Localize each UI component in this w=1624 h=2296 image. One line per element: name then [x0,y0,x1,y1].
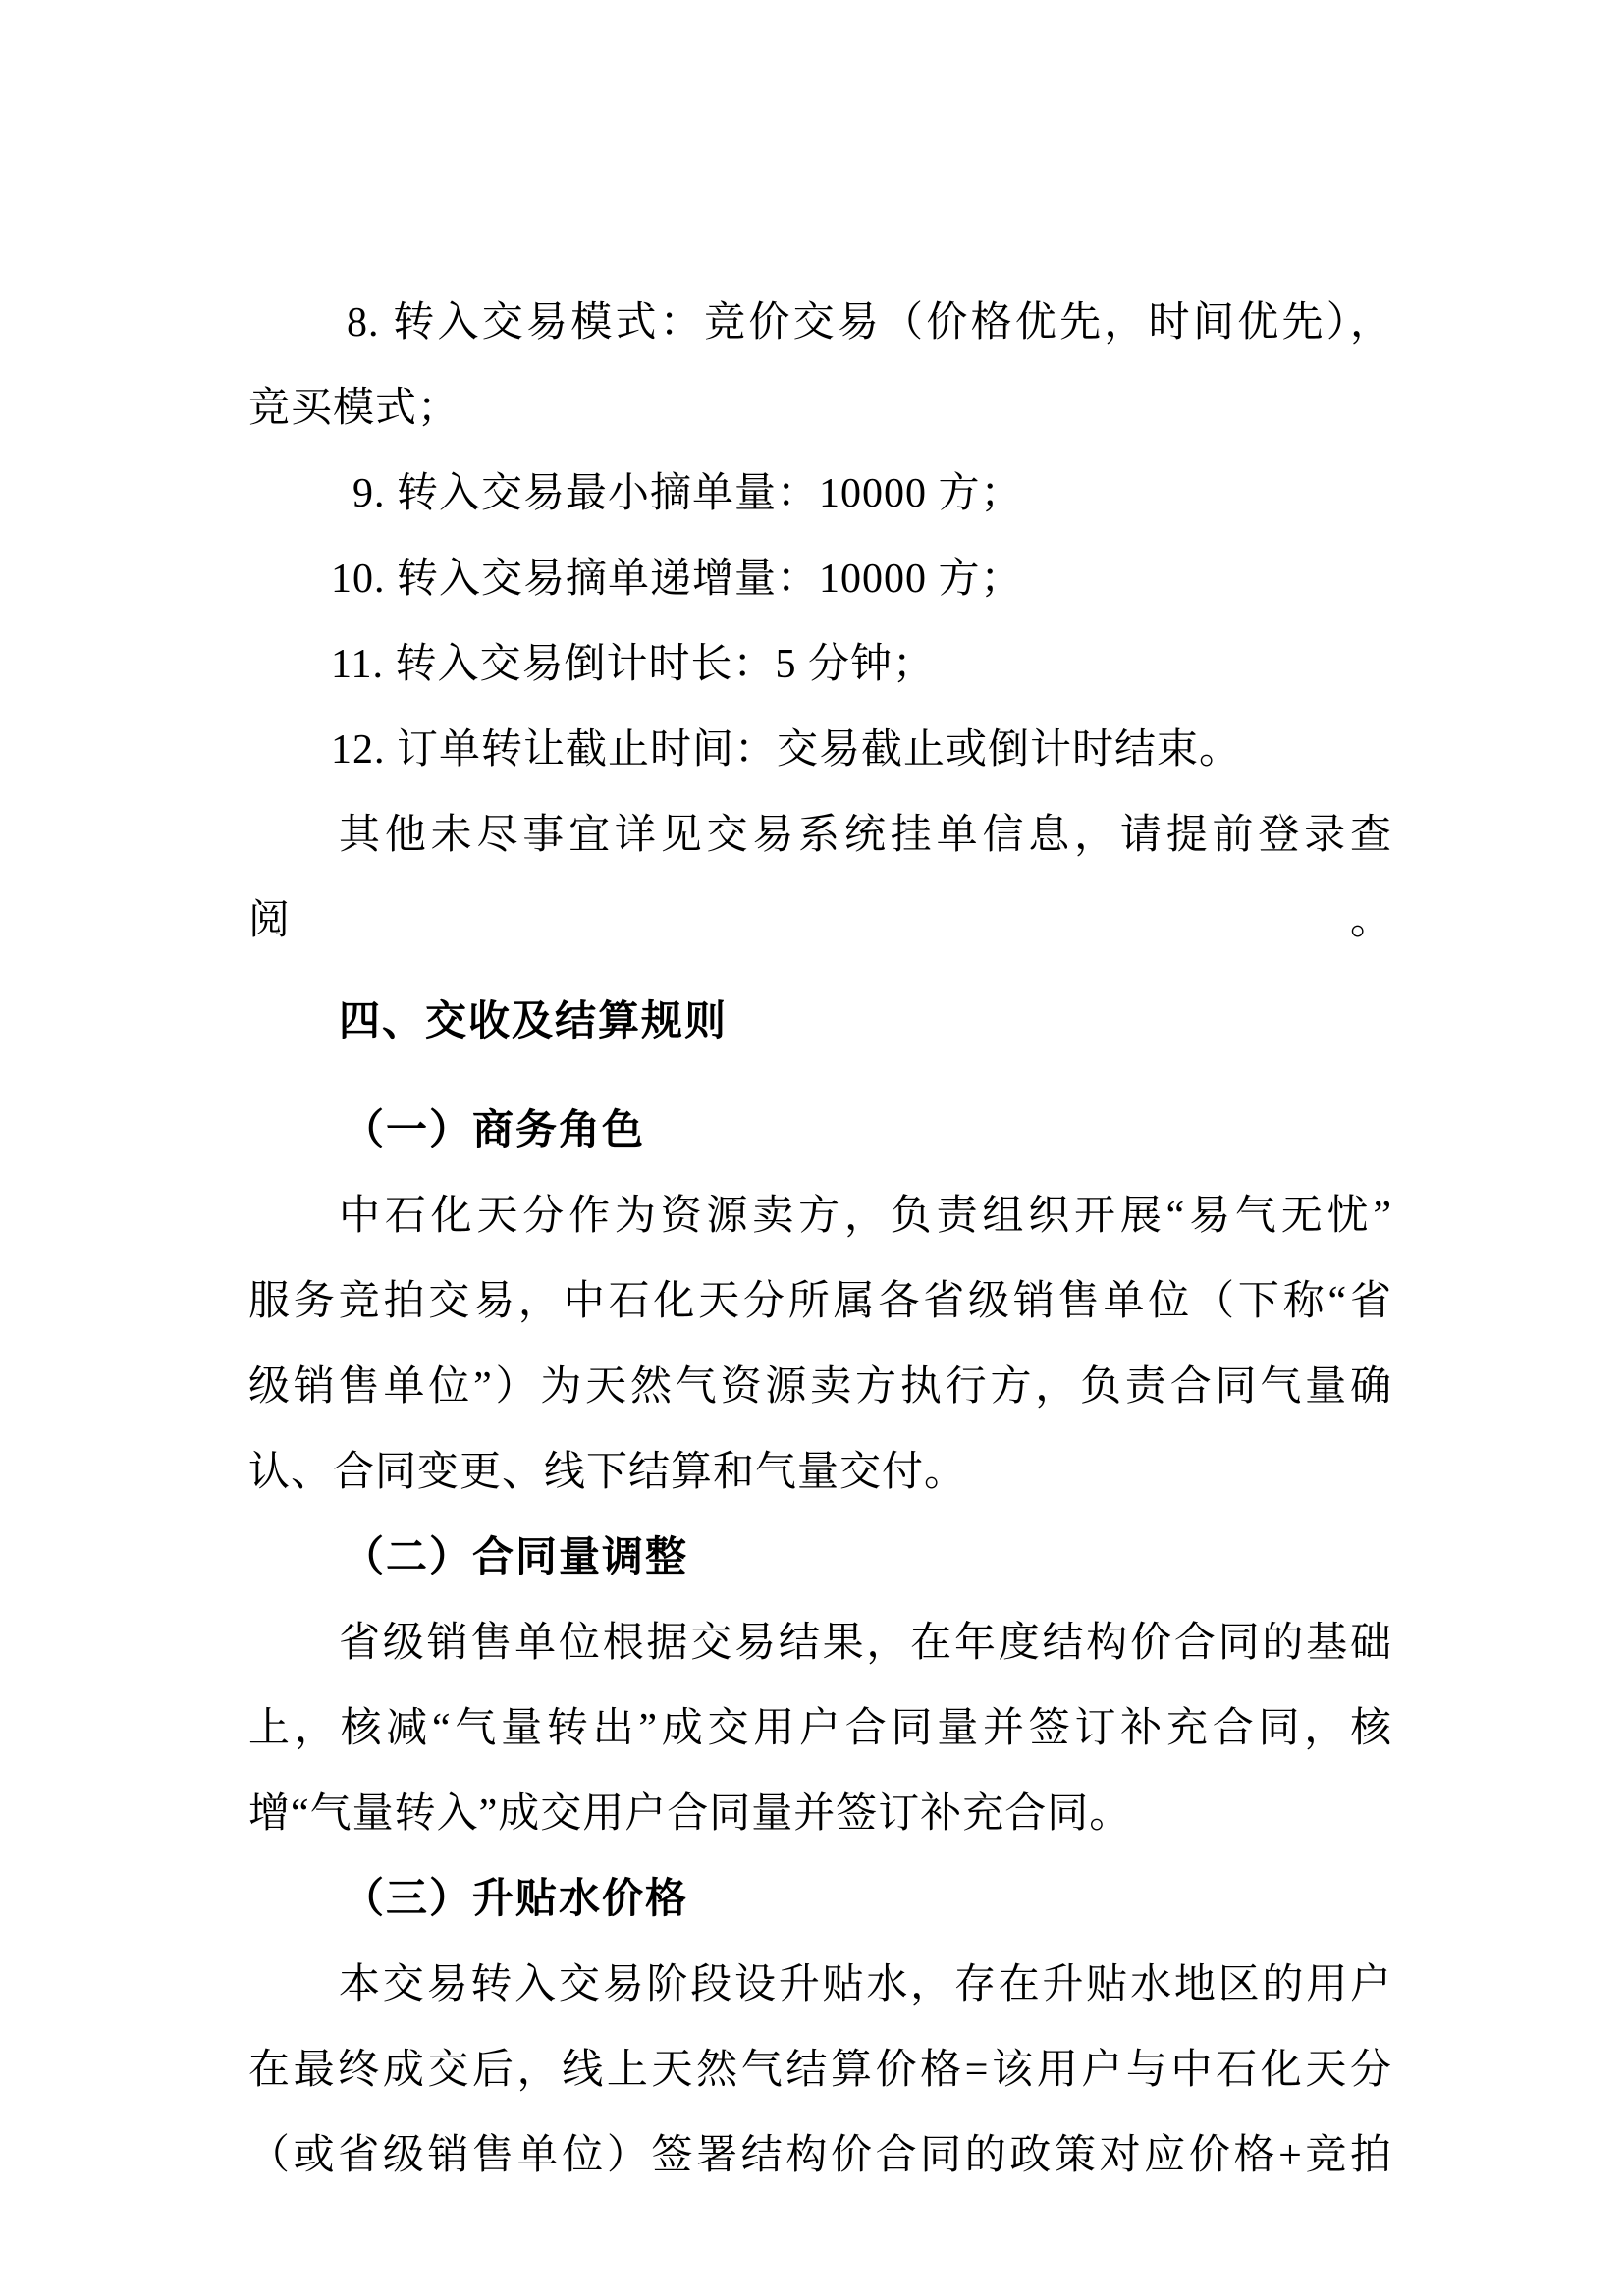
list-item-12: 12. 订单转让截止时间：交易截止或倒计时结束。 [248,708,1392,793]
paragraph-business-roles-line-2: 服务竞拍交易，中石化天分所属各省级销售单位（下称“省 [248,1259,1392,1345]
paragraph-premium-price-line-1: 本交易转入交易阶段设升贴水，存在升贴水地区的用户 [248,1943,1392,2028]
list-item-11: 11. 转入交易倒计时长：5 分钟； [248,622,1392,708]
list-item-8-continuation: 竞买模式； [248,366,1392,452]
paragraph-other-matters: 其他未尽事宜详见交易系统挂单信息，请提前登录查阅。 [248,793,1392,964]
paragraph-business-roles-line-1: 中石化天分作为资源卖方，负责组织开展“易气无忧” [248,1174,1392,1259]
paragraph-contract-adjustment-line-1: 省级销售单位根据交易结果，在年度结构价合同的基础 [248,1601,1392,1686]
paragraph-contract-adjustment-line-3: 增“气量转入”成交用户合同量并签订补充合同。 [248,1772,1392,1857]
paragraph-contract-adjustment-line-2: 上，核减“气量转出”成交用户合同量并签订补充合同，核 [248,1686,1392,1772]
list-item-9: 9. 转入交易最小摘单量：10000 方； [248,452,1392,537]
paragraph-business-roles-line-3: 级销售单位”）为天然气资源卖方执行方，负责合同气量确 [248,1345,1392,1430]
list-item-10: 10. 转入交易摘单递增量：10000 方； [248,537,1392,622]
subsection-heading-business-roles: （一）商务角色 [248,1089,1392,1174]
list-item-8: 8. 转入交易模式：竞价交易（价格优先，时间优先）， [248,281,1392,366]
subsection-heading-contract-adjustment: （二）合同量调整 [248,1516,1392,1601]
paragraph-premium-price-line-3: （或省级销售单位）签署结构价合同的政策对应价格+竞拍 [248,2113,1392,2199]
paragraph-premium-price-line-2: 在最终成交后，线上天然气结算价格=该用户与中石化天分 [248,2028,1392,2113]
document-page: 8. 转入交易模式：竞价交易（价格优先，时间优先）， 竞买模式； 9. 转入交易… [0,0,1624,2296]
subsection-heading-premium-price: （三）升贴水价格 [248,1857,1392,1943]
section-heading-settlement-rules: 四、交收及结算规则 [248,980,1392,1065]
document-body: 8. 转入交易模式：竞价交易（价格优先，时间优先）， 竞买模式； 9. 转入交易… [248,281,1392,2199]
paragraph-business-roles-line-4: 认、合同变更、线下结算和气量交付。 [248,1430,1392,1516]
